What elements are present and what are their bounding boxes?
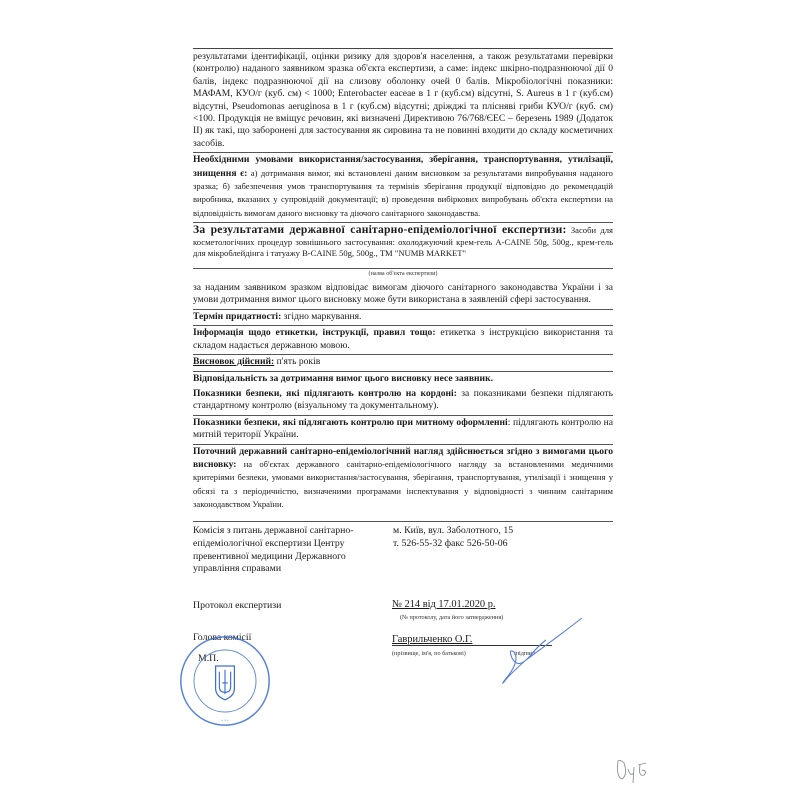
customs-control-section: Показники безпеки, які підлягають контро… xyxy=(193,415,613,444)
border-control-label: Показники безпеки, які підлягають контро… xyxy=(193,388,457,399)
supervision-value: на об'єктах державного санітарно-епідемі… xyxy=(193,459,613,509)
border-control-section: Показники безпеки, які підлягають контро… xyxy=(193,387,613,415)
validity-section: Висновок дійсний: п'ять років xyxy=(193,354,613,370)
expertise-results-section: За результатами державної санітарно-епід… xyxy=(193,222,613,262)
svg-text:* * *: * * * xyxy=(221,719,229,723)
protocol-label: Протокол експертизи xyxy=(193,600,281,611)
head-name-caption: (прізвище, ім'я, по батькові) xyxy=(392,650,466,657)
responsibility-text: Відповідальність за дотримання вимог цьо… xyxy=(193,373,493,384)
signature-scribble xyxy=(486,616,586,686)
usage-conditions-text: а) дотримання вимог, які встановлені дан… xyxy=(193,168,613,218)
document-body: результатами ідентифікації, оцінки ризик… xyxy=(193,48,613,514)
validity-value: п'ять років xyxy=(274,356,320,367)
usage-conditions-section: Необхідними умовами використання/застосу… xyxy=(193,152,613,222)
conclusion-section: за наданим заявником зразком відповідає … xyxy=(193,281,613,309)
identification-results-text: результатами ідентифікації, оцінки ризик… xyxy=(193,51,613,149)
label-info-label: Інформація щодо етикетки, інструкції, пр… xyxy=(193,327,436,338)
organization-block: Комісія з питань державної санітарно-епі… xyxy=(193,521,613,525)
organization-address: м. Київ, вул. Заболотного, 15 xyxy=(393,525,613,538)
shelf-life-value: згідно маркування. xyxy=(281,311,361,322)
conclusion-text: за наданим заявником зразком відповідає … xyxy=(193,282,613,305)
identification-results-section: результатами ідентифікації, оцінки ризик… xyxy=(193,48,613,152)
organization-contacts: м. Київ, вул. Заболотного, 15 т. 526-55-… xyxy=(393,525,613,551)
organization-name: Комісія з питань державної санітарно-епі… xyxy=(193,525,368,576)
shelf-life-section: Термін придатності: згідно маркування. xyxy=(193,309,613,325)
organization-phone: т. 526-55-32 факс 526-50-06 xyxy=(393,538,613,551)
customs-control-label: Показники безпеки, які підлягають контро… xyxy=(193,417,508,428)
expertise-results-label: За результатами державної санітарно-епід… xyxy=(193,223,567,236)
trident-emblem-icon xyxy=(216,666,235,700)
responsibility-section: Відповідальність за дотримання вимог цьо… xyxy=(193,371,613,387)
label-info-section: Інформація щодо етикетки, інструкції, пр… xyxy=(193,325,613,354)
shelf-life-label: Термін придатності: xyxy=(193,311,281,322)
handwritten-note xyxy=(612,755,652,785)
protocol-number: № 214 від 17.01.2020 р. xyxy=(392,599,496,610)
validity-label: Висновок дійсний: xyxy=(193,356,274,367)
official-seal-stamp: * * * xyxy=(178,634,272,728)
supervision-section: Поточний державний санітарно-епідеміолог… xyxy=(193,444,613,514)
expertise-object-caption: (назва об'єкта експертизи) xyxy=(193,268,613,281)
